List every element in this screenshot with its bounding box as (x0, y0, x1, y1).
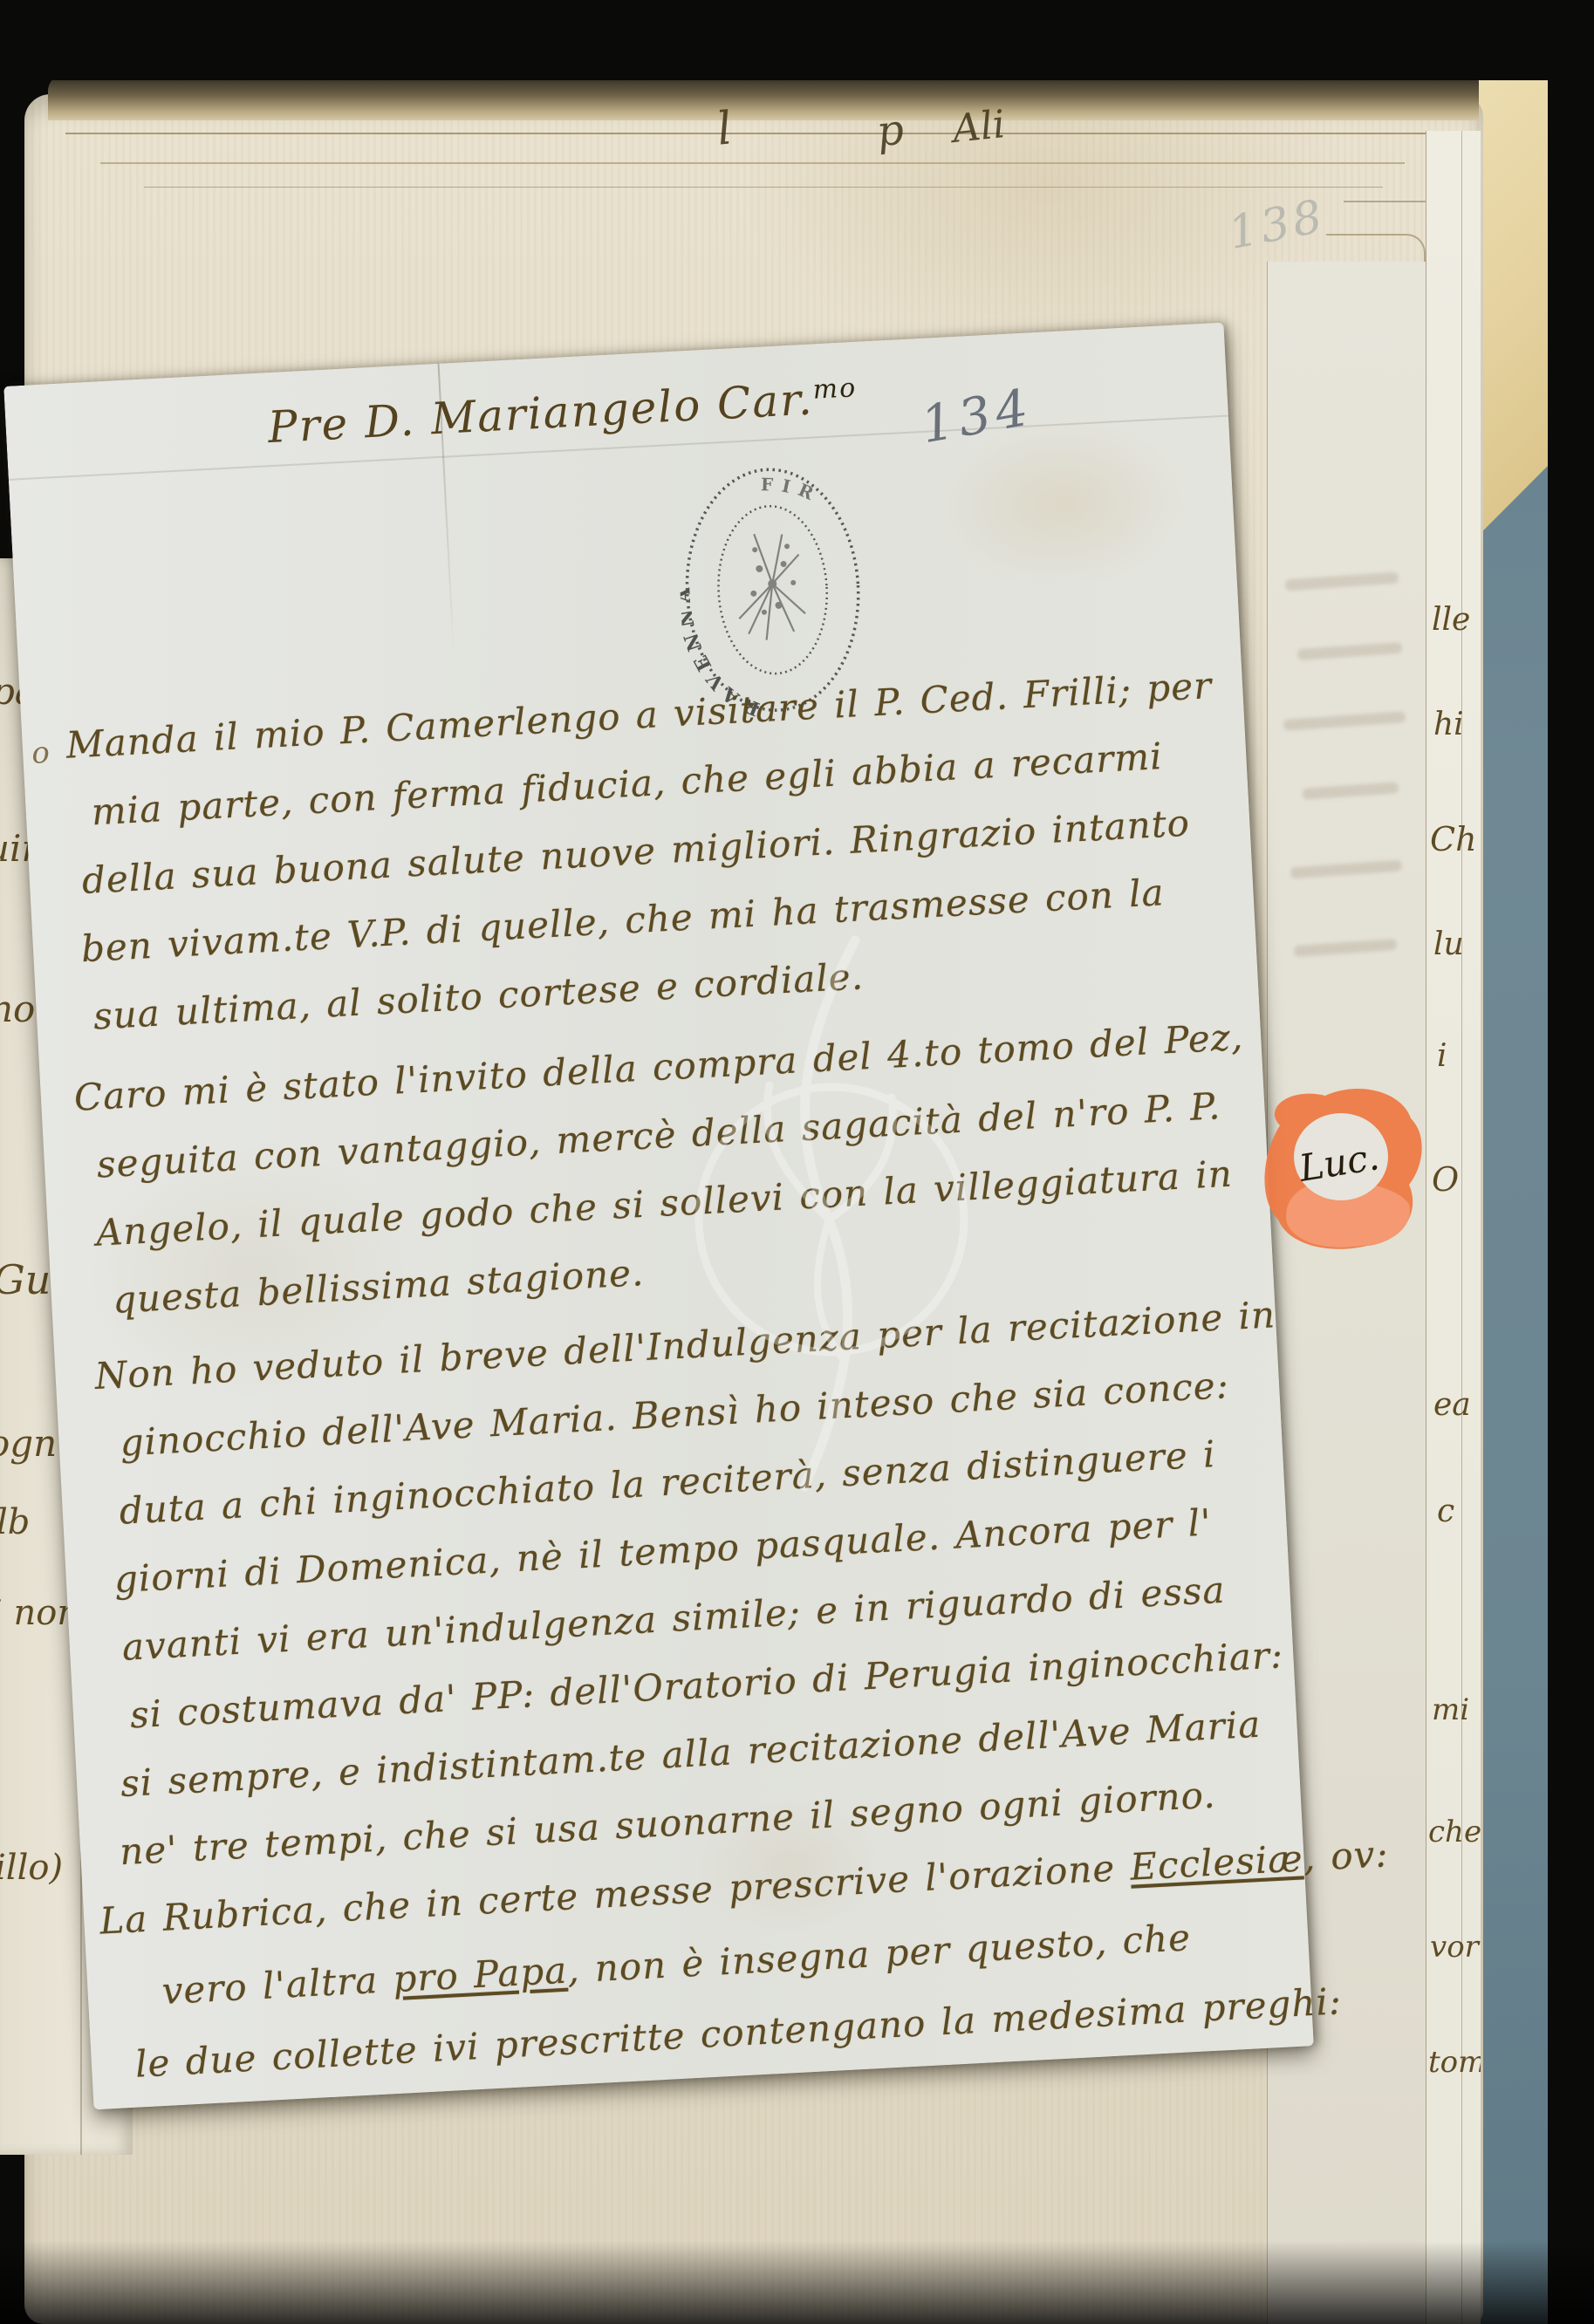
manuscript-line: sua ultima, al solito cortese e cordiale… (92, 954, 865, 1037)
cut-off-word: O (1432, 1160, 1459, 1199)
ghost-text-line (1283, 711, 1406, 731)
cut-off-word: lu (1433, 926, 1464, 962)
underlined-word: Ecclesiæ (1129, 1836, 1304, 1888)
line-text: , non è insegna per questo, che (566, 1916, 1192, 1991)
line-text: sua ultima, al solito cortese e cordiale… (92, 954, 865, 1037)
cut-off-ink-stroke: Ali (950, 102, 1007, 152)
stamp-legend-fir: FIR (759, 470, 824, 509)
bottom-shadow (0, 2241, 1594, 2324)
ghost-text-line (1297, 642, 1403, 660)
cut-off-word: lb (0, 1502, 30, 1542)
margin-mark: o (31, 735, 51, 771)
cut-off-word: mi (1432, 1692, 1469, 1727)
cut-off-ink-stroke: p (874, 106, 906, 157)
underlying-page-edge-with-text: lle hi Ch lu i O ea c mi che vor tom (1426, 131, 1481, 2324)
cut-off-word: ea (1433, 1387, 1471, 1423)
ghost-text-line (1290, 860, 1403, 879)
cut-off-word: c (1437, 1494, 1454, 1529)
page-block-top-edge (48, 75, 1479, 120)
cut-off-word: Ch (1430, 820, 1477, 858)
manuscript-photo: l p Ali lle hi Ch lu i O ea c mi che vor… (0, 0, 1594, 2324)
page-edge-line (144, 187, 1383, 188)
ghost-text-line (1285, 571, 1399, 591)
addressee-superscript: mo (812, 373, 858, 406)
line-text: , ov: (1302, 1832, 1389, 1879)
cut-off-word: tom (1428, 2045, 1481, 2080)
cut-off-word: che (1428, 1815, 1481, 1849)
background-top (0, 0, 1594, 80)
page-edge-line (65, 133, 1426, 134)
ghost-text-line (1303, 782, 1399, 800)
cut-off-word: illo) (0, 1848, 63, 1888)
ghost-text-line (1294, 939, 1398, 957)
wax-seal-label: Luc. (1254, 1073, 1430, 1258)
archival-number-pencil: 134 (917, 377, 1038, 455)
cut-off-word: vor (1430, 1930, 1479, 1965)
cut-off-word: hi (1433, 707, 1464, 742)
manuscript-line: questa bellissima stagione. (112, 1251, 645, 1322)
cut-off-word: ogn (0, 1422, 57, 1465)
cut-off-word: i (1437, 1038, 1447, 1074)
page-edge-line (100, 162, 1405, 164)
underlined-word: pro Papa (392, 1949, 568, 2000)
wax-inscription: Luc. (1296, 1135, 1382, 1190)
letter-sheet: Pre D. Mariangelo Car.mo 134 RAVENNA FIR (3, 323, 1314, 2110)
line-text: vero l'altra (161, 1958, 393, 2013)
stamp-center-emblem (735, 531, 806, 641)
svg-text:FIR: FIR (759, 470, 824, 509)
line-text: questa bellissima stagione. (112, 1251, 645, 1322)
letter-addressee: Pre D. Mariangelo Car.mo (267, 372, 859, 453)
cut-off-word: lle (1432, 602, 1470, 638)
